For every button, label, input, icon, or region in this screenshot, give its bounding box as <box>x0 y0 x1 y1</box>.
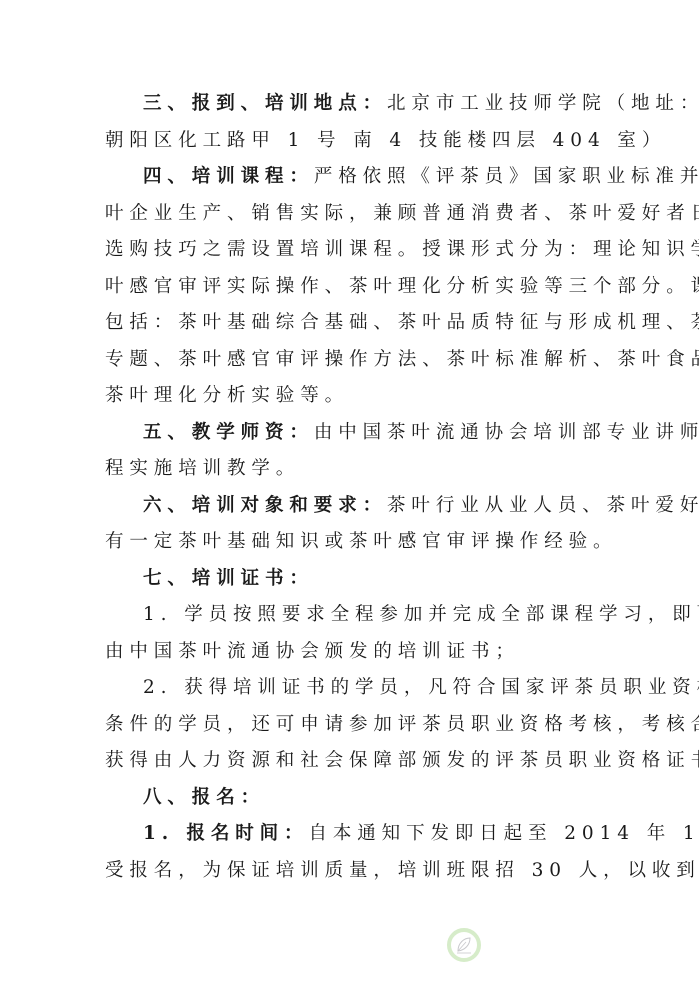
document-page: 三、报到、培训地点：北京市工业技师学院（地址：北京市 朝阳区化工路甲 1 号 南… <box>0 0 699 988</box>
body-text: 朝阳区化工路甲 1 号 南 4 技能楼四层 404 室） <box>105 130 666 151</box>
body-text: 叶企业生产、销售实际，兼顾普通消费者、茶叶爱好者日常茶叶 <box>105 203 699 224</box>
section-4-line-7: 茶叶理化分析实验等。 <box>105 378 593 415</box>
body-text: 北京市工业技师学院（地址：北京市 <box>387 93 699 114</box>
tea-leaf-logo-icon <box>446 927 482 963</box>
section-7-item-1-line-2: 由中国茶叶流通协会颁发的培训证书； <box>105 634 593 671</box>
section-8-item-1-line-1: 1. 报名时间：自本通知下发即日起至 2014 年 10 月 31 日接 <box>105 816 593 853</box>
section-5-line-2: 程实施培训教学。 <box>105 451 593 488</box>
body-text: 严格依照《评茶员》国家职业标准并结合茶 <box>314 166 699 187</box>
body-text: 受报名，为保证培训质量，培训班限招 30 人，以收到报名学费 <box>105 860 699 881</box>
section-4-line-1: 四、培训课程：严格依照《评茶员》国家职业标准并结合茶 <box>105 159 593 196</box>
section-heading: 三、报到、培训地点： <box>143 93 387 114</box>
section-5-line-1: 五、教学师资：由中国茶叶流通协会培训部专业讲师团队全 <box>105 415 593 452</box>
body-text: 自本通知下发即日起至 2014 年 10 月 31 日接 <box>308 823 699 844</box>
section-6-line-1: 六、培训对象和要求：茶叶行业从业人员、茶叶爱好者，具 <box>105 488 593 525</box>
body-text: 叶感官审评实际操作、茶叶理化分析实验等三个部分。课程内容 <box>105 276 699 297</box>
section-8-item-1-line-2: 受报名，为保证培训质量，培训班限招 30 人，以收到报名学费 <box>105 853 593 890</box>
body-text: 获得由人力资源和社会保障部颁发的评茶员职业资格证书。 <box>105 750 699 771</box>
section-heading: 六、培训对象和要求： <box>143 495 387 516</box>
section-heading: 七、培训证书： <box>143 568 314 589</box>
body-text: 由中国茶叶流通协会培训部专业讲师团队全 <box>314 422 699 443</box>
body-text: 由中国茶叶流通协会颁发的培训证书； <box>105 641 520 662</box>
section-7-item-1-line-1: 1. 学员按照要求全程参加并完成全部课程学习，即可获得 <box>105 597 593 634</box>
section-heading: 五、教学师资： <box>143 422 314 443</box>
section-3-line-2: 朝阳区化工路甲 1 号 南 4 技能楼四层 404 室） <box>105 123 593 160</box>
section-7-item-2-line-2: 条件的学员，还可申请参加评茶员职业资格考核，考核合格者将 <box>105 707 593 744</box>
body-text: 条件的学员，还可申请参加评茶员职业资格考核，考核合格者将 <box>105 714 699 735</box>
body-text: 专题、茶叶感官审评操作方法、茶叶标准解析、茶叶食品安全、 <box>105 349 699 370</box>
section-6-line-2: 有一定茶叶基础知识或茶叶感官审评操作经验。 <box>105 524 593 561</box>
body-text: 1. 学员按照要求全程参加并完成全部课程学习，即可获得 <box>143 604 699 625</box>
section-4-line-2: 叶企业生产、销售实际，兼顾普通消费者、茶叶爱好者日常茶叶 <box>105 196 593 233</box>
body-text: 茶叶理化分析实验等。 <box>105 385 349 406</box>
body-text: 选购技巧之需设置培训课程。授课形式分为：理论知识学习、茶 <box>105 239 699 260</box>
section-4-line-6: 专题、茶叶感官审评操作方法、茶叶标准解析、茶叶食品安全、 <box>105 342 593 379</box>
section-4-line-3: 选购技巧之需设置培训课程。授课形式分为：理论知识学习、茶 <box>105 232 593 269</box>
document-body: 三、报到、培训地点：北京市工业技师学院（地址：北京市 朝阳区化工路甲 1 号 南… <box>105 86 593 889</box>
section-4-line-5: 包括：茶叶基础综合基础、茶叶品质特征与形成机理、茶类综合 <box>105 305 593 342</box>
body-text: 茶叶行业从业人员、茶叶爱好者，具 <box>387 495 699 516</box>
section-heading: 八、报名： <box>143 787 265 808</box>
body-text: 有一定茶叶基础知识或茶叶感官审评操作经验。 <box>105 531 617 552</box>
section-8-heading: 八、报名： <box>105 780 593 817</box>
section-heading: 四、培训课程： <box>143 166 314 187</box>
section-4-line-4: 叶感官审评实际操作、茶叶理化分析实验等三个部分。课程内容 <box>105 269 593 306</box>
section-heading: 1. 报名时间： <box>143 823 308 844</box>
section-7-heading: 七、培训证书： <box>105 561 593 598</box>
body-text: 2. 获得培训证书的学员，凡符合国家评茶员职业资格申报 <box>143 677 699 698</box>
section-7-item-2-line-1: 2. 获得培训证书的学员，凡符合国家评茶员职业资格申报 <box>105 670 593 707</box>
body-text: 程实施培训教学。 <box>105 458 300 479</box>
section-7-item-2-line-3: 获得由人力资源和社会保障部颁发的评茶员职业资格证书。 <box>105 743 593 780</box>
body-text: 包括：茶叶基础综合基础、茶叶品质特征与形成机理、茶类综合 <box>105 312 699 333</box>
section-3-line-1: 三、报到、培训地点：北京市工业技师学院（地址：北京市 <box>105 86 593 123</box>
